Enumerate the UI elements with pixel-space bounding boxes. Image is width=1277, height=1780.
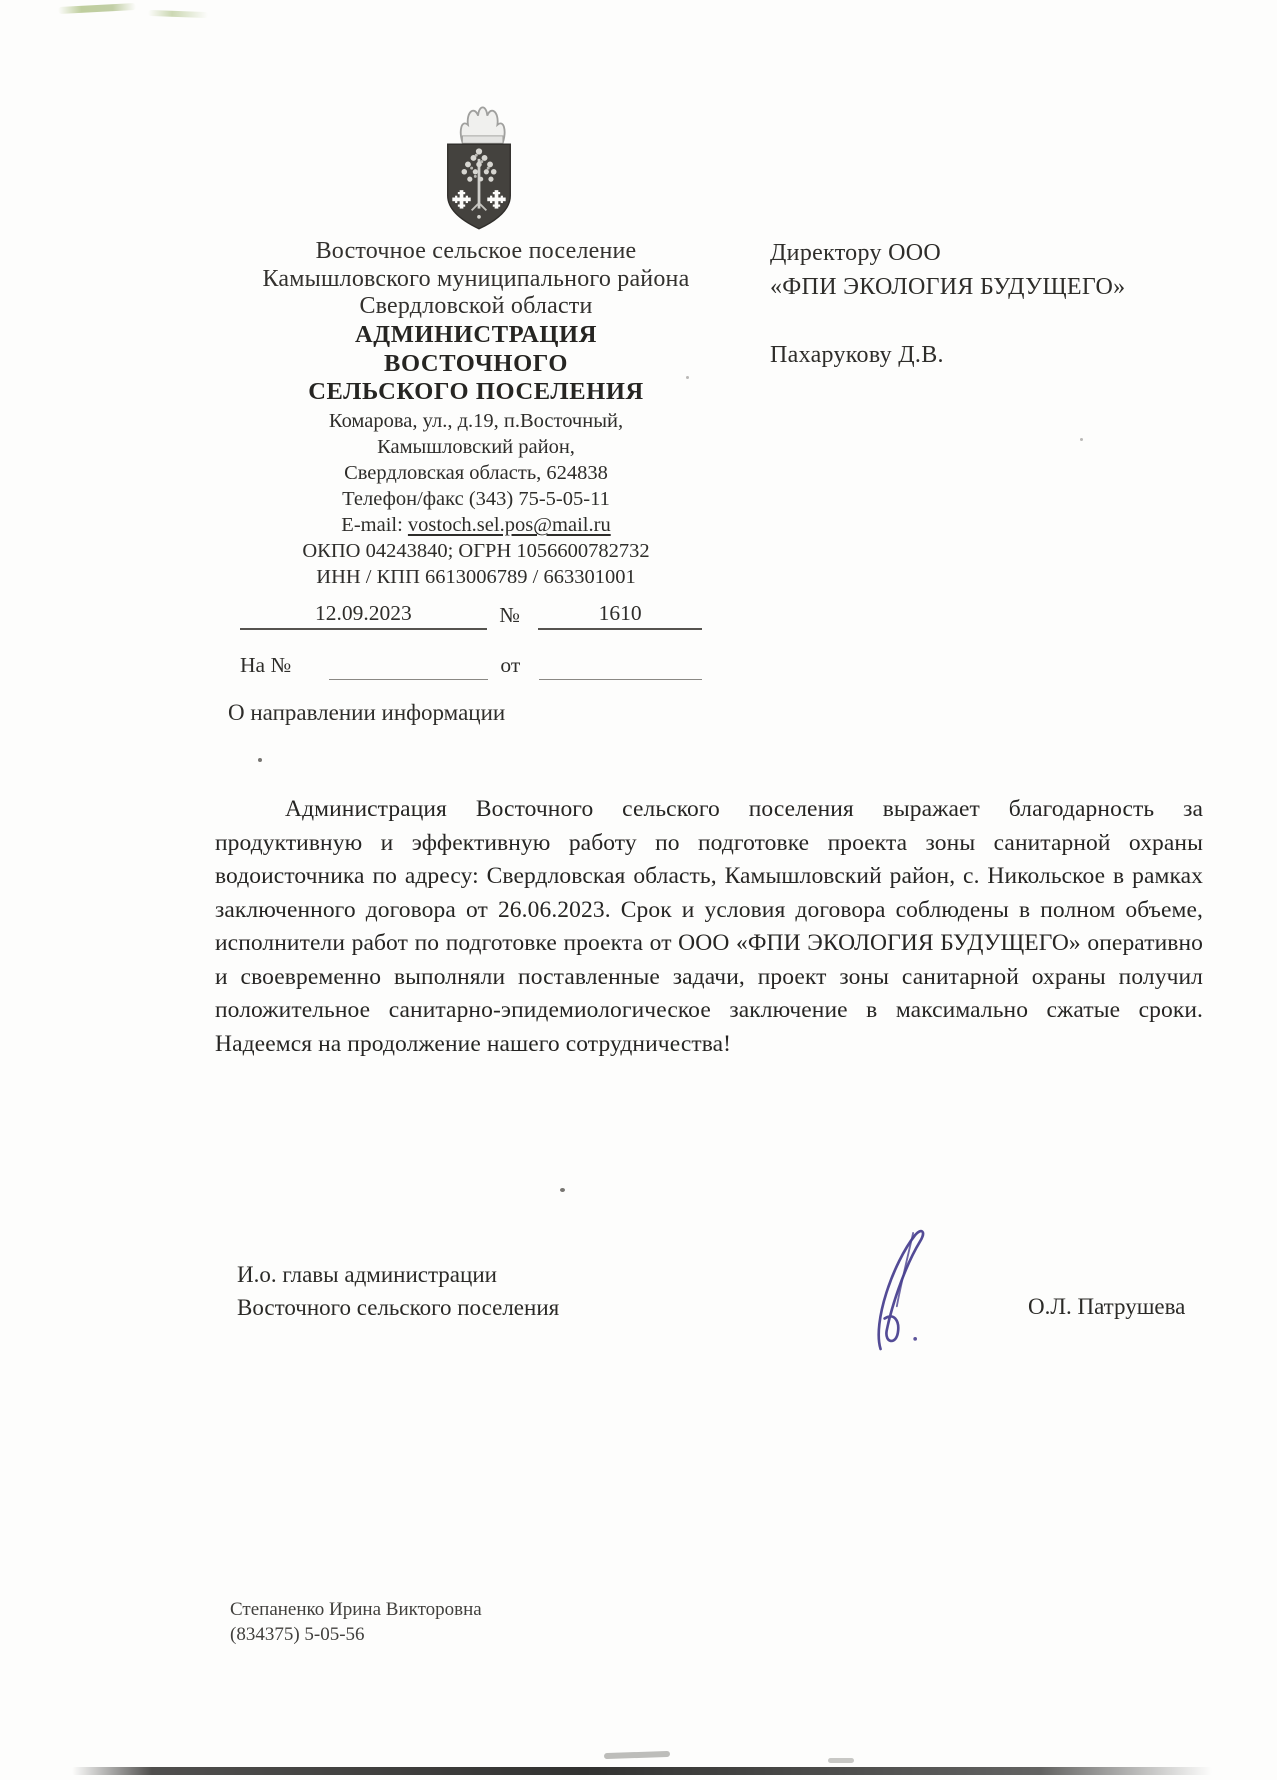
signer-position-line: И.о. главы администрации: [237, 1258, 717, 1291]
handwritten-signature: [850, 1224, 962, 1358]
address-line: Свердловская область, 624838: [243, 460, 709, 486]
reply-from-label: от: [488, 653, 539, 680]
letterhead-org-name: АДМИНИСТРАЦИЯ ВОСТОЧНОГО СЕЛЬСКОГО ПОСЕЛ…: [243, 321, 709, 407]
reply-number-underline: [329, 646, 488, 680]
scan-artifact-green-mark: [58, 3, 136, 14]
address-line: Камышловский район,: [243, 434, 709, 460]
scan-artifact-dot: [686, 376, 689, 379]
scan-artifact-dot: [560, 1188, 565, 1192]
letterhead-contact-block: Комарова, ул., д.19, п.Восточный, Камышл…: [243, 408, 709, 590]
executor-phone: (834375) 5-05-56: [230, 1623, 482, 1648]
spacer: [770, 304, 1210, 338]
executor-name: Степаненко Ирина Викторовна: [230, 1598, 482, 1623]
scan-artifact-green-mark: [148, 10, 208, 18]
address-line: Комарова, ул., д.19, п.Восточный,: [243, 408, 709, 434]
scan-artifact-smudge: [604, 1751, 670, 1759]
reply-date-underline: [539, 646, 702, 680]
letter-date: 12.09.2023: [240, 596, 487, 630]
signer-position-line: Восточного сельского поселения: [237, 1291, 717, 1324]
body-paragraph: Администрация Восточного сельского посел…: [215, 793, 1203, 1061]
phone-line: Телефон/факс (343) 75-5-05-11: [243, 486, 709, 512]
ref-date-row: 12.09.2023 № 1610: [240, 596, 702, 630]
registry-line: ОКПО 04243840; ОГРН 1056600782732: [243, 538, 709, 564]
signee-name: О.Л. Патрушева: [1028, 1294, 1185, 1320]
scan-artifact-smudge: [828, 1758, 854, 1763]
addressee-person: Пахарукову Д.В.: [770, 338, 1210, 372]
coat-of-arms: [431, 100, 527, 238]
registry-line: ИНН / КПП 6613006789 / 663301001: [243, 564, 709, 590]
org-name-line: СЕЛЬСКОГО ПОСЕЛЕНИЯ: [243, 378, 709, 407]
org-name-line: АДМИНИСТРАЦИЯ: [243, 321, 709, 350]
executor-block: Степаненко Ирина Викторовна (834375) 5-0…: [230, 1598, 482, 1647]
letterhead-org-line: Камышловского муниципального района: [243, 266, 709, 294]
email-address: vostoch.sel.pos@mail.ru: [408, 514, 611, 536]
number-sign: №: [487, 603, 538, 630]
scan-artifact-dot: [258, 758, 262, 762]
org-name-line: ВОСТОЧНОГО: [243, 350, 709, 379]
ref-reply-row: На № от: [240, 646, 702, 680]
signer-position: И.о. главы администрации Восточного сель…: [237, 1258, 717, 1324]
email-line: E-mail: vostoch.sel.pos@mail.ru: [243, 512, 709, 538]
letter-number: 1610: [538, 596, 702, 630]
addressee-title: Директору ООО: [770, 236, 1210, 270]
scanned-letter-page: Восточное сельское поселение Камышловско…: [0, 0, 1277, 1780]
letterhead-org-block: Восточное сельское поселение Камышловско…: [243, 238, 709, 321]
scan-artifact-bottom-strip: [72, 1767, 1212, 1775]
scan-artifact-dot: [1080, 438, 1083, 441]
email-label: E-mail:: [341, 514, 402, 536]
subject-line: О направлении информации: [228, 700, 505, 726]
addressee-company: «ФПИ ЭКОЛОГИЯ БУДУЩЕГО»: [770, 270, 1210, 304]
letterhead-org-line: Восточное сельское поселение: [243, 238, 709, 266]
addressee-block: Директору ООО «ФПИ ЭКОЛОГИЯ БУДУЩЕГО» Па…: [770, 236, 1210, 372]
reply-label: На №: [240, 653, 329, 680]
letterhead-org-line: Свердловской области: [243, 293, 709, 321]
